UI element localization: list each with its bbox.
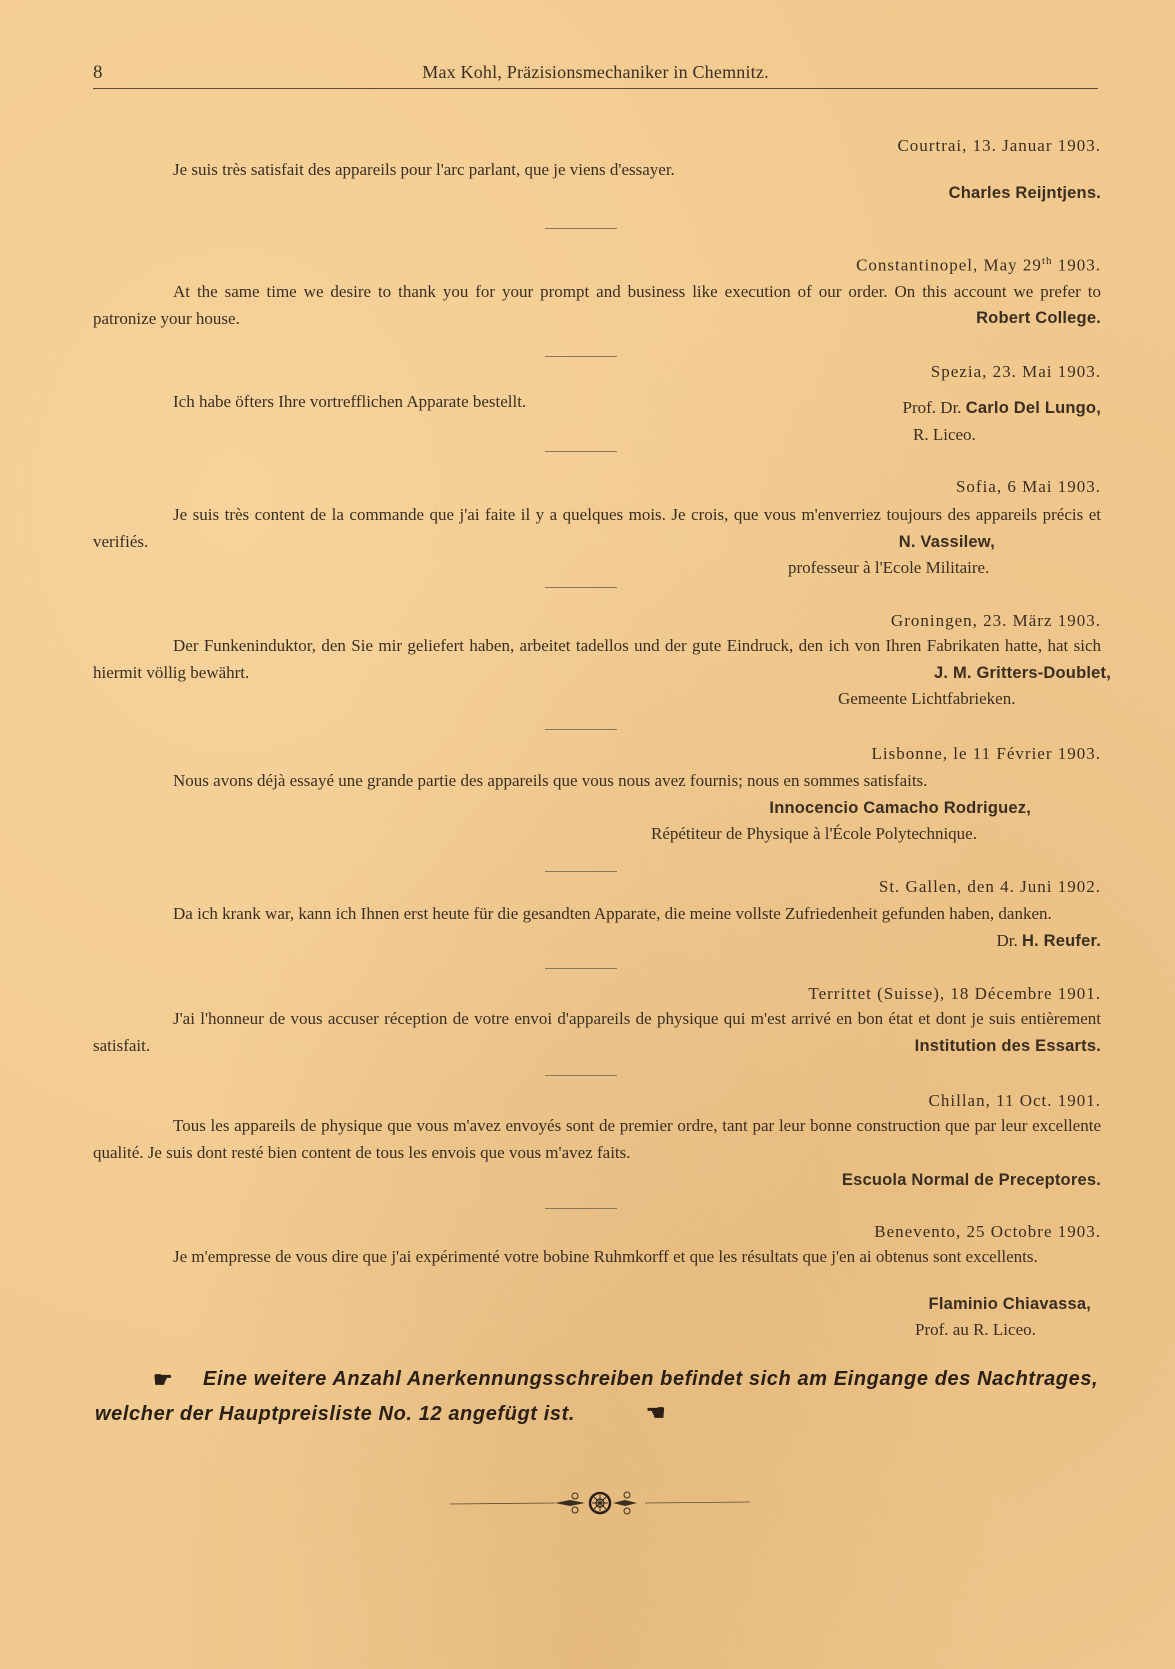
place-date: Constantinopel, May 29th 1903. (856, 248, 1101, 279)
signatory-title: R. Liceo. (913, 421, 976, 448)
letter-text: At the same time we desire to thank you … (93, 278, 1101, 332)
separator-rule (545, 356, 617, 357)
signatory-title: Gemeente Lichtfabrieken. (838, 685, 1015, 712)
pointing-hand-right-icon: ☛ (153, 1363, 173, 1396)
signatory-title: Prof. au R. Liceo. (915, 1316, 1036, 1343)
separator-rule (545, 1208, 617, 1209)
place-date: Sofia, 6 Mai 1903. (956, 473, 1101, 500)
place-date: St. Gallen, den 4. Juni 1902. (879, 873, 1101, 900)
place-date: Spezia, 23. Mai 1903. (931, 358, 1101, 385)
place-date: Lisbonne, le 11 Février 1903. (872, 740, 1102, 767)
separator-rule (545, 451, 617, 452)
signature: Institution des Essarts. (915, 1032, 1101, 1060)
signature: Robert College. (976, 304, 1101, 332)
place-date: Chillan, 11 Oct. 1901. (929, 1087, 1101, 1114)
place-date: Courtrai, 13. Januar 1903. (897, 132, 1101, 159)
separator-rule (545, 968, 617, 969)
letter-text: Ich habe öfters Ihre vortrefflichen Appa… (93, 388, 793, 415)
letter-text: Tous les appareils de physique que vous … (93, 1112, 1101, 1166)
signature: Dr. H. Reufer. (996, 927, 1101, 955)
signature: Escuola Normal de Preceptores. (842, 1166, 1101, 1194)
signature: N. Vassilew, (899, 528, 995, 556)
signature: Innocencio Camacho Rodriguez, (769, 794, 1031, 822)
signature: Prof. Dr. Carlo Del Lungo, (903, 394, 1101, 422)
letter-text: Je m'empresse de vous dire que j'ai expé… (93, 1243, 1101, 1270)
separator-rule (545, 228, 617, 229)
pointing-hand-left-icon: ☚ (581, 1396, 666, 1429)
further-testimonials-notice: ☛ Eine weitere Anzahl Anerkennungsschrei… (95, 1363, 1105, 1431)
letter-text: Da ich krank war, kann ich Ihnen erst he… (93, 900, 1101, 927)
separator-rule (545, 587, 617, 588)
signature: J. M. Gritters-Doublet, (934, 659, 1111, 687)
separator-rule (545, 871, 617, 872)
page-header: 8 Max Kohl, Präzisionsmechaniker in Chem… (93, 62, 1098, 89)
signature: Flaminio Chiavassa, (929, 1290, 1091, 1318)
separator-rule (545, 1075, 617, 1076)
signatory-title: professeur à l'Ecole Militaire. (788, 554, 989, 581)
separator-rule (545, 729, 617, 730)
signatory-title: Répétiteur de Physique à l'École Polytec… (651, 820, 977, 847)
running-title: Max Kohl, Präzisionsmechaniker in Chemni… (93, 62, 1098, 83)
letter-text: Nous avons déjà essayé une grande partie… (93, 767, 1101, 794)
place-date: Territtet (Suisse), 18 Décembre 1901. (808, 980, 1101, 1007)
place-date: Benevento, 25 Octobre 1903. (874, 1218, 1101, 1245)
place-date: Groningen, 23. März 1903. (891, 607, 1101, 634)
letter-text: Je suis très satisfait des appareils pou… (93, 156, 853, 183)
signature: Charles Reijntjens. (949, 179, 1101, 207)
floral-divider-ornament (445, 1488, 755, 1518)
